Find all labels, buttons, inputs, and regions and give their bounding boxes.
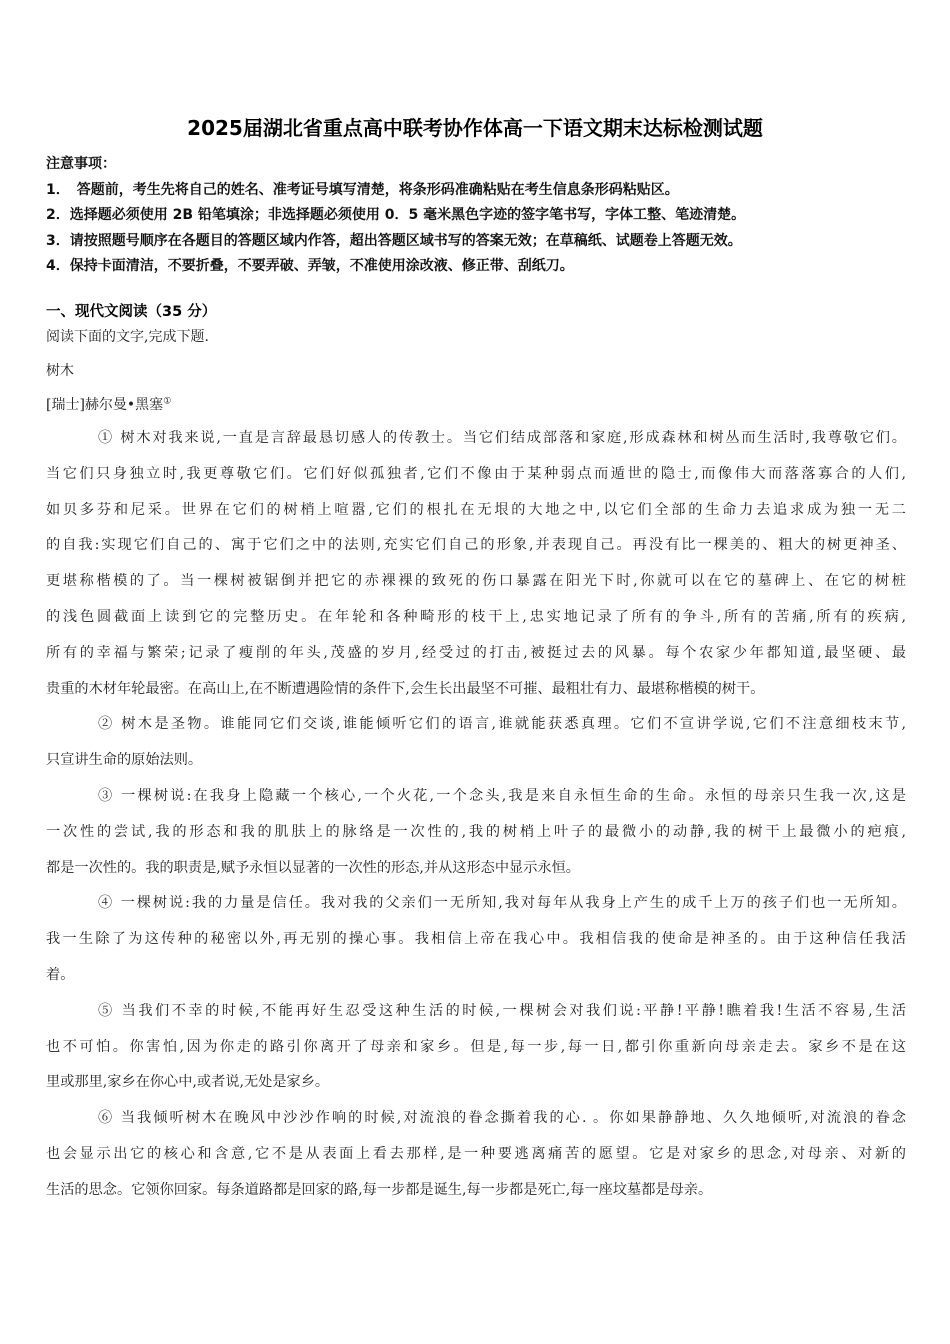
article-line: 只宣讲生命的原始法则。 <box>46 746 906 782</box>
notice-item: 4．保持卡面清洁，不要折叠，不要弄破、弄皱，不准使用涂改液、修正带、刮纸刀。 <box>46 254 926 280</box>
article-line: ② 树木是圣物。谁能同它们交谈,谁能倾听它们的语言,谁就能获悉真理。它们不宣讲学… <box>46 710 906 746</box>
article-line: 着。 <box>46 961 906 997</box>
notice-item: 2．选择题必须使用 2B 铅笔填涂；非选择题必须使用 0．5 毫米黑色字迹的签字… <box>46 203 926 229</box>
article-author: [瑞士]赫尔曼•黑塞① <box>46 394 171 414</box>
article-line: 也不可怕。你害怕,因为你走的路引你离开了母亲和家乡。但是,每一步,每一日,都引你… <box>46 1033 906 1069</box>
article-line: ⑥ 当我倾听树木在晚风中沙沙作响的时候,对流浪的眷念撕着我的心. 。你如果静静地… <box>46 1104 906 1140</box>
article-line: 的浅色圆截面上读到它的完整历史。在年轮和各种畸形的枝干上,忠实地记录了所有的争斗… <box>46 603 906 639</box>
article-line: ③ 一棵树说:在我身上隐藏一个核心,一个火花,一个念头,我是来自永恒生命的生命。… <box>46 782 906 818</box>
article-title: 树木 <box>46 360 74 380</box>
article-line: 更堪称楷模的了。当一棵树被锯倒并把它的赤裸裸的致死的伤口暴露在阳光下时,你就可以… <box>46 567 906 603</box>
section-heading: 一、现代文阅读（35 分） <box>46 300 216 321</box>
article-body: ① 树木对我来说,一直是言辞最恳切感人的传教士。当它们结成部落和家庭,形成森林和… <box>46 424 906 1212</box>
article-line: 的自我:实现它们自己的、寓于它们之中的法则,充实它们自己的形象,并表现自己。再没… <box>46 531 906 567</box>
page-title: 2025届湖北省重点高中联考协作体高一下语文期末达标检测试题 <box>0 112 950 141</box>
author-name: [瑞士]赫尔曼•黑塞 <box>46 397 163 413</box>
article-line: 一次性的尝试,我的形态和我的肌肤上的脉络是一次性的,我的树梢上叶子的最微小的动静… <box>46 818 906 854</box>
article-line: 我一生除了为这传种的秘密以外,再无别的操心事。我相信上帝在我心中。我相信我的使命… <box>46 925 906 961</box>
article-line: 贵重的木材年轮最密。在高山上,在不断遭遇险情的条件下,会生长出最坚不可摧、最粗壮… <box>46 675 906 711</box>
article-line: 都是一次性的。我的职责是,赋予永恒以显著的一次性的形态,并从这形态中显示永恒。 <box>46 854 906 890</box>
article-line: 里或那里,家乡在你心中,或者说,无处是家乡。 <box>46 1068 906 1104</box>
article-line: 当它们只身独立时,我更尊敬它们。它们好似孤独者,它们不像由于某种弱点而遁世的隐士… <box>46 460 906 496</box>
notice-item: 3．请按照题号顺序在各题目的答题区域内作答，超出答题区域书写的答案无效；在草稿纸… <box>46 229 926 255</box>
notice-block: 注意事项： 1． 答题前，考生先将自己的姓名、准考证号填写清楚，将条形码准确粘贴… <box>46 152 926 280</box>
author-footnote-marker: ① <box>163 396 171 406</box>
exam-page: 2025届湖北省重点高中联考协作体高一下语文期末达标检测试题 注意事项： 1． … <box>0 0 950 1344</box>
article-line: ① 树木对我来说,一直是言辞最恳切感人的传教士。当它们结成部落和家庭,形成森林和… <box>46 424 906 460</box>
article-line: 也会显示出它的核心和含意,它不是从表面上看去那样,是一种要逃离痛苦的愿望。它是对… <box>46 1140 906 1176</box>
notice-heading: 注意事项： <box>46 152 926 178</box>
article-line: 如贝多芬和尼采。世界在它们的树梢上喧嚣,它们的根扎在无垠的大地之中,以它们全部的… <box>46 496 906 532</box>
article-line: ④ 一棵树说:我的力量是信任。我对我的父亲们一无所知,我对每年从我身上产生的成千… <box>46 889 906 925</box>
article-line: ⑤ 当我们不幸的时候,不能再好生忍受这种生活的时候,一棵树会对我们说:平静!平静… <box>46 997 906 1033</box>
notice-item: 1． 答题前，考生先将自己的姓名、准考证号填写清楚，将条形码准确粘贴在考生信息条… <box>46 178 926 204</box>
article-line: 所有的幸福与繁荣;记录了瘦削的年头,茂盛的岁月,经受过的打击,被挺过去的风暴。每… <box>46 639 906 675</box>
article-line: 生活的思念。它领你回家。每条道路都是回家的路,每一步都是诞生,每一步都是死亡,每… <box>46 1176 906 1212</box>
reading-instruction: 阅读下面的文字,完成下题. <box>46 326 209 346</box>
